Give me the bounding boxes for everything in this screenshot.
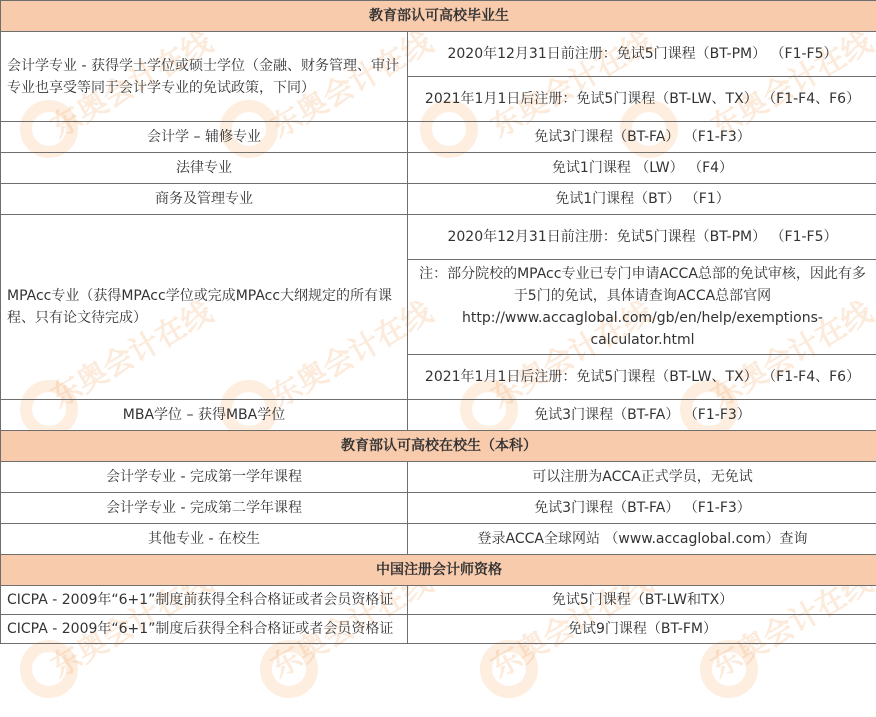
table-row: MPAcc专业（获得MPAcc学位或完成MPAcc大纲规定的所有课程、只有论文待… bbox=[1, 215, 876, 260]
section-header: 教育部认可高校在校生（本科） bbox=[1, 431, 876, 462]
qualification-cell: MBA学位 – 获得MBA学位 bbox=[1, 400, 408, 431]
qualification-cell: MPAcc专业（获得MPAcc学位或完成MPAcc大纲规定的所有课程、只有论文待… bbox=[1, 215, 408, 400]
section-title: 中国注册会计师资格 bbox=[1, 555, 876, 586]
qualification-cell: 会计学 – 辅修专业 bbox=[1, 122, 408, 153]
table-row: 其他专业 - 在校生 登录ACCA全球网站 （www.accaglobal.co… bbox=[1, 524, 876, 555]
exemption-cell: 免试1门课程（BT） （F1） bbox=[408, 184, 876, 215]
section-title: 教育部认可高校在校生（本科） bbox=[1, 431, 876, 462]
qualification-cell: 其他专业 - 在校生 bbox=[1, 524, 408, 555]
table-row: 会计学专业 - 完成第二学年课程 免试3门课程（BT-FA） （F1-F3） bbox=[1, 493, 876, 524]
qualification-cell: 会计学专业 - 完成第一学年课程 bbox=[1, 462, 408, 493]
table-row: 法律专业 免试1门课程 （LW） （F4） bbox=[1, 153, 876, 184]
qualification-cell: CICPA - 2009年“6+1”制度后获得全科合格证或者会员资格证 bbox=[1, 615, 408, 644]
exemption-cell: 可以注册为ACCA正式学员，无免试 bbox=[408, 462, 876, 493]
exemption-cell: 2020年12月31日前注册：免试5门课程（BT-PM） （F1-F5） bbox=[408, 32, 876, 77]
section-header: 中国注册会计师资格 bbox=[1, 555, 876, 586]
exemption-cell: 2021年1月1日后注册：免试5门课程（BT-LW、TX） （F1-F4、F6） bbox=[408, 77, 876, 122]
qualification-cell: 会计学专业 - 完成第二学年课程 bbox=[1, 493, 408, 524]
exemption-cell: 2020年12月31日前注册：免试5门课程（BT-PM） （F1-F5） bbox=[408, 215, 876, 260]
exemption-table: 教育部认可高校毕业生 会计学专业 - 获得学士学位或硕士学位（金融、财务管理、审… bbox=[0, 0, 876, 644]
table-row: 会计学专业 - 完成第一学年课程 可以注册为ACCA正式学员，无免试 bbox=[1, 462, 876, 493]
qualification-cell: 法律专业 bbox=[1, 153, 408, 184]
exemption-cell: 2021年1月1日后注册：免试5门课程（BT-LW、TX） （F1-F4、F6） bbox=[408, 355, 876, 400]
section-header: 教育部认可高校毕业生 bbox=[1, 1, 876, 32]
exemption-cell: 免试3门课程（BT-FA） （F1-F3） bbox=[408, 400, 876, 431]
exemption-note-cell: 注：部分院校的MPAcc专业已专门申请ACCA总部的免试审核，因此有多于5门的免… bbox=[408, 260, 876, 355]
section-title: 教育部认可高校毕业生 bbox=[1, 1, 876, 32]
exemption-cell: 免试3门课程（BT-FA） （F1-F3） bbox=[408, 122, 876, 153]
exemption-cell: 登录ACCA全球网站 （www.accaglobal.com）查询 bbox=[408, 524, 876, 555]
table-row: CICPA - 2009年“6+1”制度后获得全科合格证或者会员资格证 免试9门… bbox=[1, 615, 876, 644]
table-row: MBA学位 – 获得MBA学位 免试3门课程（BT-FA） （F1-F3） bbox=[1, 400, 876, 431]
exemption-cell: 免试9门课程（BT-FM） bbox=[408, 615, 876, 644]
qualification-cell: CICPA - 2009年“6+1”制度前获得全科合格证或者会员资格证 bbox=[1, 586, 408, 615]
qualification-cell: 会计学专业 - 获得学士学位或硕士学位（金融、财务管理、审计专业也享受等同于会计… bbox=[1, 32, 408, 122]
exemption-cell: 免试1门课程 （LW） （F4） bbox=[408, 153, 876, 184]
exemption-cell: 免试3门课程（BT-FA） （F1-F3） bbox=[408, 493, 876, 524]
table-row: 会计学 – 辅修专业 免试3门课程（BT-FA） （F1-F3） bbox=[1, 122, 876, 153]
qualification-cell: 商务及管理专业 bbox=[1, 184, 408, 215]
table-row: 会计学专业 - 获得学士学位或硕士学位（金融、财务管理、审计专业也享受等同于会计… bbox=[1, 32, 876, 77]
table-row: 商务及管理专业 免试1门课程（BT） （F1） bbox=[1, 184, 876, 215]
exemption-cell: 免试5门课程（BT-LW和TX） bbox=[408, 586, 876, 615]
table-row: CICPA - 2009年“6+1”制度前获得全科合格证或者会员资格证 免试5门… bbox=[1, 586, 876, 615]
